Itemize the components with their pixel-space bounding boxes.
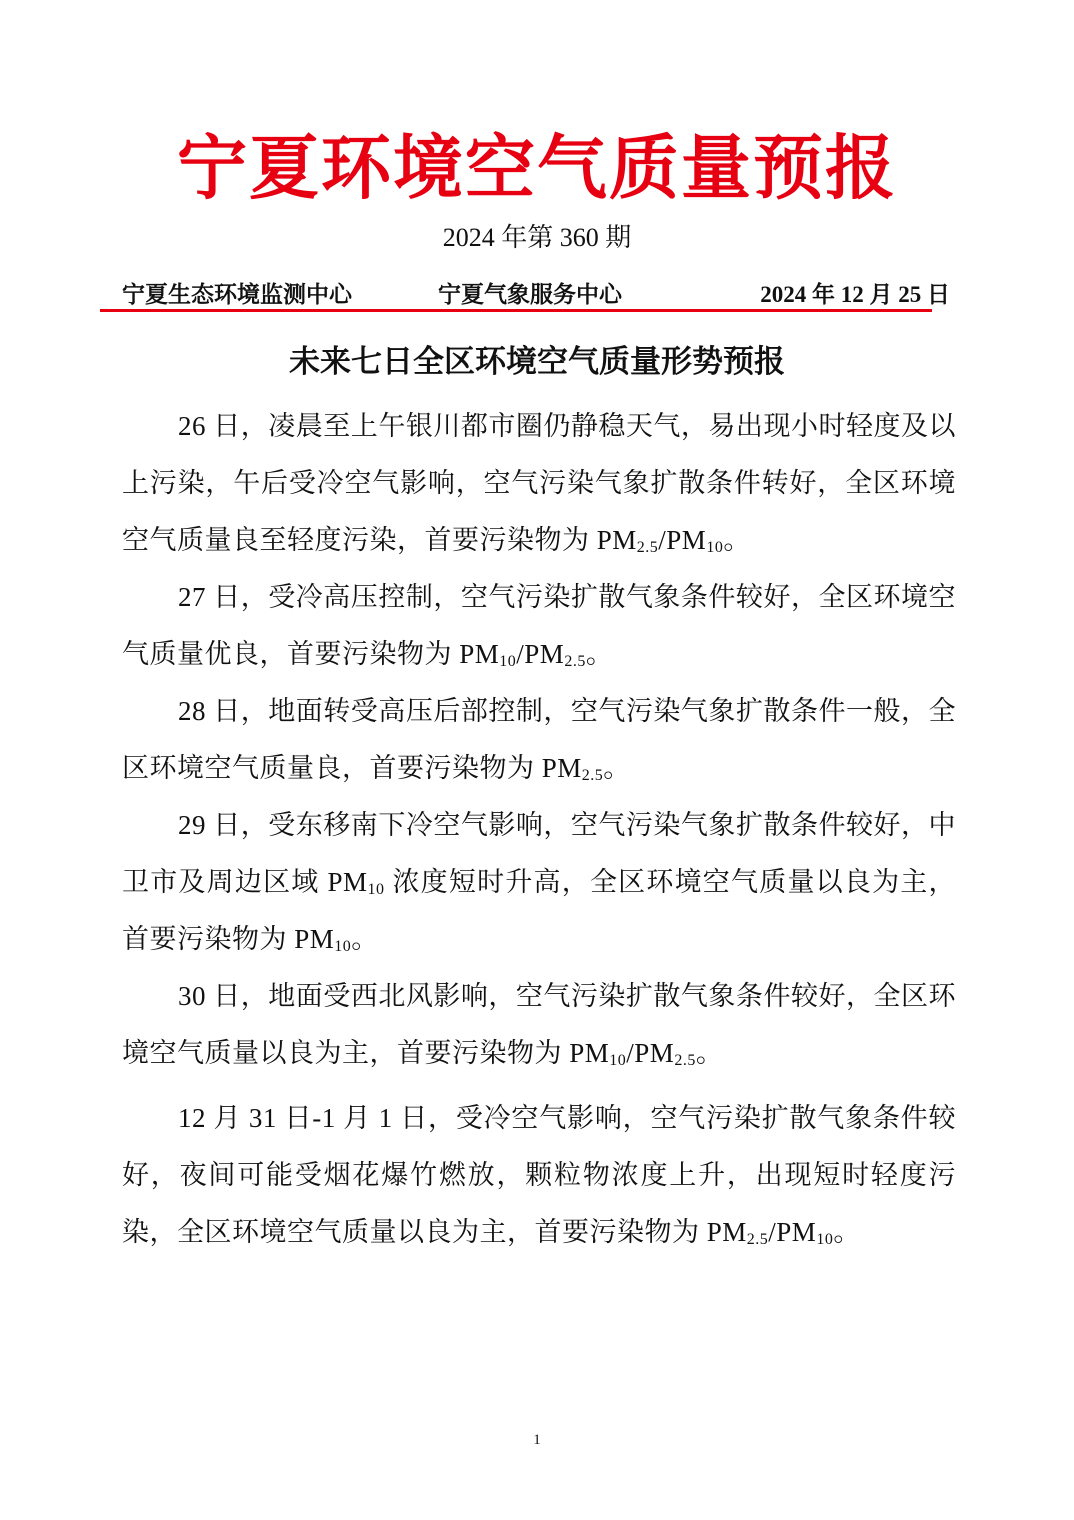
issue-date: 2024 年 12 月 25 日	[760, 279, 950, 311]
forecast-paragraph-28: 28 日，地面转受高压后部控制，空气污染气象扩散条件一般，全区环境空气质量良，首…	[122, 683, 956, 797]
forecast-paragraph-31-1: 12 月 31 日-1 月 1 日，受冷空气影响，空气污染扩散气象条件较好，夜间…	[122, 1090, 956, 1261]
document-page: 宁夏环境空气质量预报 2024 年第 360 期 宁夏生态环境监测中心 宁夏气象…	[0, 0, 1074, 1520]
issuer-meteorological-center: 宁夏气象服务中心	[438, 279, 622, 311]
red-divider	[100, 309, 932, 312]
masthead-title: 宁夏环境空气质量预报	[0, 128, 1074, 208]
page-number: 1	[0, 1432, 1074, 1449]
issuer-monitoring-center: 宁夏生态环境监测中心	[122, 279, 352, 311]
document-title: 未来七日全区环境空气质量形势预报	[0, 342, 1074, 382]
issue-number: 2024 年第 360 期	[0, 222, 1074, 254]
forecast-paragraph-26: 26 日，凌晨至上午银川都市圈仍静稳天气，易出现小时轻度及以上污染，午后受冷空气…	[122, 398, 956, 569]
forecast-paragraph-29: 29 日，受东移南下冷空气影响，空气污染气象扩散条件较好，中卫市及周边区域 PM…	[122, 797, 956, 968]
forecast-paragraph-27: 27 日，受冷高压控制，空气污染扩散气象条件较好，全区环境空气质量优良，首要污染…	[122, 569, 956, 683]
forecast-paragraph-30: 30 日，地面受西北风影响，空气污染扩散气象条件较好，全区环境空气质量以良为主，…	[122, 968, 956, 1082]
issuer-line: 宁夏生态环境监测中心 宁夏气象服务中心 2024 年 12 月 25 日	[122, 279, 950, 311]
document-body: 26 日，凌晨至上午银川都市圈仍静稳天气，易出现小时轻度及以上污染，午后受冷空气…	[122, 398, 956, 1261]
